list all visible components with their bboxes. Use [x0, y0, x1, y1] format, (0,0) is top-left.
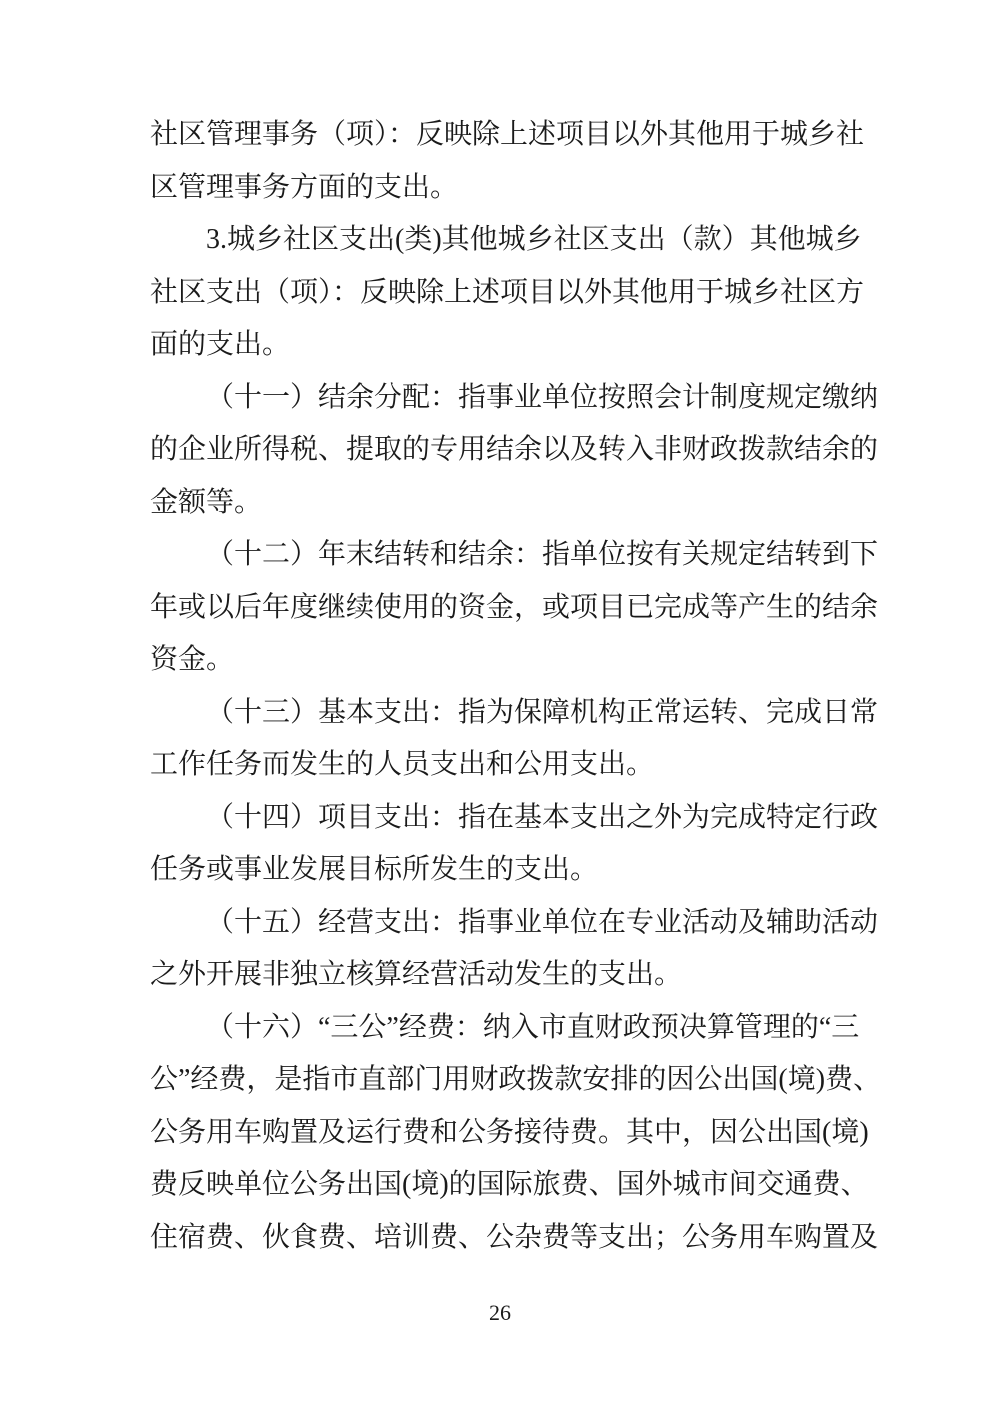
text-line: 资金。: [150, 634, 850, 687]
page-number: 26: [0, 1298, 1000, 1328]
text-line: 费反映单位公务出国(境)的国际旅费、国外城市间交通费、: [150, 1159, 850, 1212]
text-line: 社区管理事务（项）：反映除上述项目以外其他用于城乡社: [150, 109, 850, 162]
text-line: 工作任务而发生的人员支出和公用支出。: [150, 739, 850, 792]
text-line: 之外开展非独立核算经营活动发生的支出。: [150, 949, 850, 1002]
text-line: （十六）“三公”经费：纳入市直财政预决算管理的“三: [150, 1002, 850, 1055]
text-line: 社区支出（项）：反映除上述项目以外其他用于城乡社区方: [150, 267, 850, 320]
text-line: （十四）项目支出：指在基本支出之外为完成特定行政: [150, 792, 850, 845]
text-line: 3.城乡社区支出(类)其他城乡社区支出（款）其他城乡: [150, 214, 850, 267]
text-line: （十一）结余分配：指事业单位按照会计制度规定缴纳: [150, 372, 850, 425]
text-line: 公务用车购置及运行费和公务接待费。其中，因公出国(境): [150, 1107, 850, 1160]
text-line: 公”经费，是指市直部门用财政拨款安排的因公出国(境)费、: [150, 1054, 850, 1107]
text-line: 区管理事务方面的支出。: [150, 162, 850, 215]
text-line: （十二）年末结转和结余：指单位按有关规定结转到下: [150, 529, 850, 582]
text-line: 金额等。: [150, 477, 850, 530]
body-text: 社区管理事务（项）：反映除上述项目以外其他用于城乡社 区管理事务方面的支出。 3…: [150, 109, 850, 1264]
document-page: 社区管理事务（项）：反映除上述项目以外其他用于城乡社 区管理事务方面的支出。 3…: [0, 0, 1000, 1414]
text-line: （十三）基本支出：指为保障机构正常运转、完成日常: [150, 687, 850, 740]
text-line: 住宿费、伙食费、培训费、公杂费等支出；公务用车购置及: [150, 1212, 850, 1265]
text-line: 面的支出。: [150, 319, 850, 372]
text-line: 的企业所得税、提取的专用结余以及转入非财政拨款结余的: [150, 424, 850, 477]
text-line: （十五）经营支出：指事业单位在专业活动及辅助活动: [150, 897, 850, 950]
text-line: 年或以后年度继续使用的资金，或项目已完成等产生的结余: [150, 582, 850, 635]
text-line: 任务或事业发展目标所发生的支出。: [150, 844, 850, 897]
